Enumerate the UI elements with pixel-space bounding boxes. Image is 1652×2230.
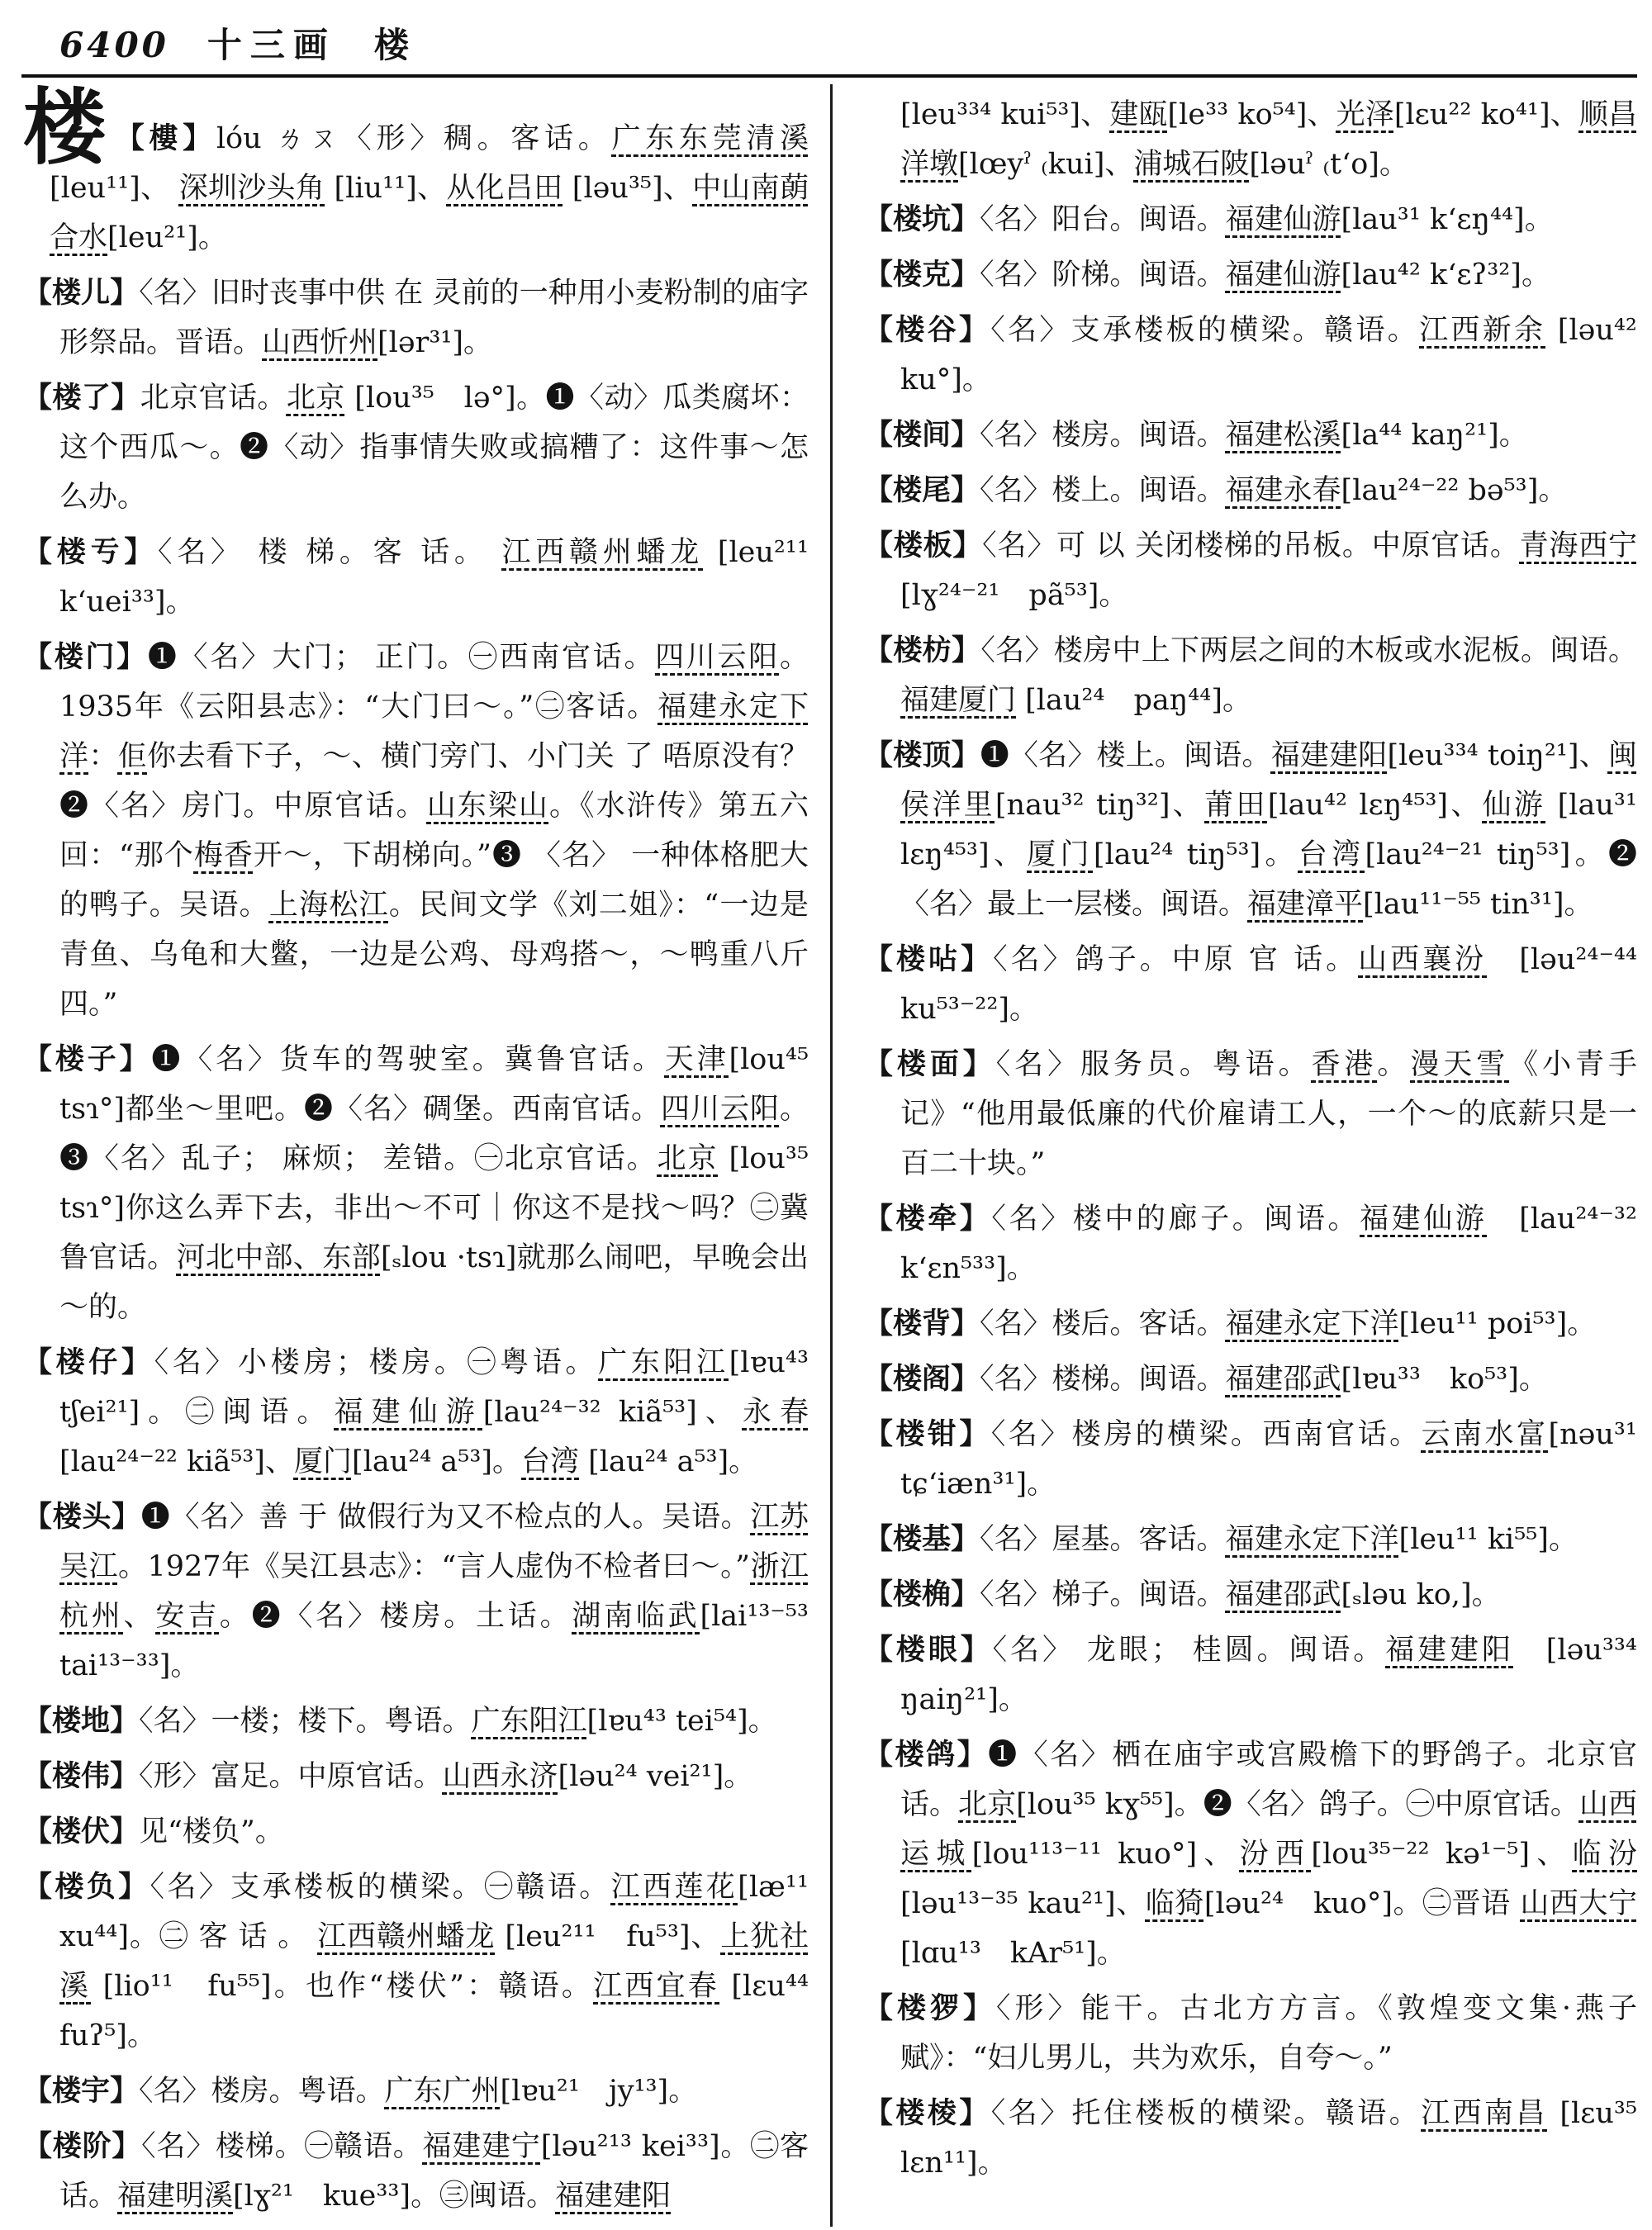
place-name: 厦门	[1027, 838, 1094, 871]
dictionary-entry: 【楼了】北京官话。北京 [lou³⁵ lə°]。❶〈动〉瓜类腐坏：这个西瓜～。❷…	[23, 373, 809, 522]
place-name: 山东梁山	[427, 790, 549, 823]
entry-headword: 【楼阶】	[23, 2129, 141, 2163]
place-name: 广东广州	[385, 2075, 501, 2108]
entry-headword: 【楼尾】	[864, 473, 980, 507]
dictionary-entry: 【楼宇】〈名〉楼房。粤语。广东广州[lɐu²¹ jy¹³]。	[23, 2066, 809, 2116]
place-name: 中山南蓢合水	[50, 172, 809, 254]
place-name: 四川云阳	[661, 1093, 780, 1126]
place-name: 福建明溪	[117, 2180, 233, 2213]
dictionary-entry: 【楼负】〈名〉支承楼板的横梁。㊀赣语。江西莲花[læ¹¹ xu⁴⁴]。㊁ 客 话…	[23, 1862, 809, 2061]
place-name: 上海松江	[269, 889, 389, 922]
place-name: 广东阳江	[472, 1705, 587, 1738]
place-name: 北京	[958, 1788, 1016, 1821]
dictionary-entry: 【楼仔】〈名〉小楼房；楼房。㊀粤语。广东阳江[lɐu⁴³ tʃei²¹]。㊁闽语…	[23, 1338, 809, 1487]
dictionary-entry: 【楼克】〈名〉阶梯。闽语。福建仙游[lau⁴² k‘ɛʔ³²]。	[864, 250, 1637, 300]
dictionary-entry: 【楼背】〈名〉楼后。客话。福建永定下洋[leu¹¹ poi⁵³]。	[864, 1299, 1637, 1349]
place-name: 北京	[657, 1142, 719, 1175]
entry-headword: 【楼子】	[23, 1042, 151, 1076]
page-header: 6400 十三画 楼	[0, 0, 1652, 71]
place-name: 江西新余	[1419, 314, 1545, 347]
place-name: 山西永济	[443, 1760, 558, 1793]
dictionary-entry: 【楼儿】〈名〉旧时丧事中供 在 灵前的一种用小麦粉制的庙字形祭品。晋语。山西忻州…	[23, 268, 809, 368]
dictionary-entry: 【楼间】〈名〉楼房。闽语。福建松溪[la⁴⁴ kaŋ²¹]。	[864, 410, 1637, 460]
place-name: 永春	[743, 1396, 809, 1429]
entry-headword: 【楼基】	[864, 1522, 980, 1556]
place-name: 佢	[118, 740, 147, 773]
place-name: 从化吕田	[446, 172, 563, 205]
entry-headword: 【楼阁】	[864, 1362, 980, 1396]
place-name: 福建仙游	[1226, 203, 1341, 236]
place-name: 江西宜春	[593, 1970, 719, 2003]
entry-continuation: [leu³³⁴ kui⁵³]、建瓯[le³³ ko⁵⁴]、光泽[lɛu²² ko…	[864, 90, 1637, 189]
dictionary-entry: 【楼尾】〈名〉楼上。闽语。福建永春[lau²⁴⁻²² bə⁵³]。	[864, 466, 1637, 515]
place-name: 福建仙游	[335, 1396, 483, 1429]
entry-headword: 【楼了】	[23, 381, 140, 415]
entry-headword: 【楼面】	[864, 1047, 996, 1081]
dictionary-entry: 【楼地】〈名〉一楼；楼下。粤语。广东阳江[lɐu⁴³ tei⁵⁴]。	[23, 1696, 809, 1746]
dictionary-entry: 【楼子】❶〈名〉货车的驾驶室。冀鲁官话。天津[lou⁴⁵ tsɿ°]都坐～里吧。…	[23, 1035, 809, 1332]
place-name: 台湾	[1298, 838, 1365, 871]
dictionary-entry: 【楼桷】〈名〉梯子。闽语。福建邵武[ₛləu ko,]。	[864, 1570, 1637, 1620]
dictionary-entry: 【楼门】❶〈名〉大门； 正门。㊀西南官话。四川云阳。1935年《云阳县志》：“大…	[23, 633, 809, 1029]
place-name: 江西南昌	[1421, 2097, 1548, 2130]
place-name: 山西襄汾	[1358, 943, 1487, 976]
place-name: 浦城石陂	[1133, 148, 1249, 181]
entry-headword: 【楼门】	[23, 640, 148, 674]
place-name: 仙游	[1483, 789, 1546, 822]
entry-headword: 【楼顶】	[864, 738, 980, 772]
entry-headword: 【楼伏】	[23, 1815, 139, 1848]
entry-headword: 【楼板】	[864, 529, 982, 562]
entry-headword: 【楼猡】	[864, 1991, 996, 2025]
place-name: 青海西宁	[1520, 529, 1637, 562]
entry-headword: 【楼背】	[864, 1307, 980, 1340]
place-name: 福建永春	[1226, 474, 1341, 507]
entry-headword: 【楼克】	[864, 258, 980, 292]
place-name: 福建建阳	[1271, 739, 1388, 772]
entry-headword: 【楼棱】	[864, 2096, 991, 2130]
right-column: [leu³³⁴ kui⁵³]、建瓯[le³³ ko⁵⁴]、光泽[lɛu²² ko…	[830, 84, 1637, 2227]
place-name: 福建厦门	[900, 684, 1016, 717]
entry-headword: 【楼地】	[23, 1704, 139, 1738]
entry-headword: 【楼桷】	[864, 1578, 980, 1611]
entry-headword: 【楼负】	[23, 1870, 150, 1904]
entry-headword: 【楼儿】	[23, 276, 139, 310]
entry-headword: 【楼钳】	[864, 1417, 991, 1451]
place-name: 厦门	[294, 1445, 352, 1478]
dictionary-entry: 【楼基】〈名〉屋基。客话。福建永定下洋[leu¹¹ ki⁵⁵]。	[864, 1515, 1637, 1564]
dictionary-entry: 【楼枋】〈名〉楼房中上下两层之间的木板或水泥板。闽语。福建厦门 [lau²⁴ p…	[864, 626, 1637, 725]
place-name: 江苏吴江	[59, 1501, 809, 1583]
dictionary-entry: 【楼头】❶〈名〉善 于 做假行为又不检点的人。吴语。江苏吴江。1927年《吴江县…	[23, 1492, 809, 1691]
place-name: 福建建阳	[1385, 1634, 1514, 1667]
entry-headword: 【楼宇】	[23, 2074, 139, 2108]
dictionary-entry: 【楼棱】〈名〉托住楼板的横梁。赣语。江西南昌 [lɛu³⁵ lɛn¹¹]。	[864, 2089, 1637, 2188]
place-name: 香港	[1312, 1048, 1378, 1081]
entry-headword: 【楼坑】	[864, 202, 980, 236]
dictionary-entry: 【楼呫】〈名〉鸽子。中原 官 话。山西襄汾 [ləu²⁴⁻⁴⁴ ku⁵³⁻²²]…	[864, 935, 1637, 1034]
dictionary-entry: 【楼阶】〈名〉楼梯。㊀赣语。福建建宁[ləu²¹³ kei³³]。㊁客话。福建明…	[23, 2122, 809, 2221]
stroke-section-label: 十三画	[207, 18, 336, 68]
place-name: 江西莲花	[611, 1871, 738, 1904]
place-name: 光泽	[1336, 98, 1394, 131]
traditional-form: 【樓】	[116, 121, 216, 155]
place-name: 江西赣州蟠龙	[317, 1920, 495, 1953]
place-name: 四川云阳	[655, 641, 780, 674]
text-columns: 楼【樓】lóu ㄌㄡ〈形〉稠。客话。广东东莞清溪[leu¹¹]、 深圳沙头角 […	[0, 78, 1652, 2227]
place-name: 福建漳平	[1247, 888, 1363, 921]
place-name: 广东阳江	[598, 1346, 729, 1379]
dictionary-entry: 【楼眼】〈名〉 龙眼； 桂圆。闽语。福建建阳 [ləu³³⁴ ŋaiŋ²¹]。	[864, 1625, 1637, 1725]
dictionary-entry: 【楼钳】〈名〉楼房的横梁。西南官话。云南水富[nəu³¹ tɕ‘iæn³¹]。	[864, 1410, 1637, 1509]
place-name: 福建建宁	[423, 2130, 541, 2163]
dictionary-entry: 【楼猡】〈形〉能干。古北方方言。《敦煌变文集·燕子赋》：“妇儿男儿，共为欢乐，自…	[864, 1984, 1637, 2083]
place-name: 河北中部、东部	[176, 1241, 381, 1274]
page-number: 6400	[59, 25, 169, 65]
place-name: 福建邵武	[1226, 1578, 1341, 1611]
place-name: 安吉	[155, 1600, 220, 1633]
place-name: 顺昌洋墩	[900, 98, 1637, 181]
place-name: 广东东莞清溪	[611, 122, 809, 155]
place-name: 梅香	[194, 839, 254, 872]
place-name: 深圳沙头角	[179, 172, 325, 205]
entry-headword: 【楼枋】	[864, 633, 980, 667]
entry-headword: 【楼间】	[864, 418, 980, 452]
section-character: 楼	[374, 18, 409, 68]
entry-headword: 【楼鸽】	[864, 1738, 988, 1772]
dictionary-entry: 【楼伟】〈形〉富足。中原官话。山西永济[ləu²⁴ vei²¹]。	[23, 1752, 809, 1801]
main-entry: 楼【樓】lóu ㄌㄡ〈形〉稠。客话。广东东莞清溪[leu¹¹]、 深圳沙头角 […	[23, 114, 809, 263]
place-name: 漫天雪	[1410, 1048, 1509, 1081]
place-name: 福建永定下洋	[1226, 1307, 1399, 1340]
place-name: 福建永定下洋	[59, 690, 809, 773]
place-name: 福建仙游	[1360, 1203, 1487, 1236]
place-name: 福建仙游	[1226, 259, 1341, 292]
place-name: 云南水富	[1422, 1418, 1549, 1451]
dictionary-page: 6400 十三画 楼 楼【樓】lóu ㄌㄡ〈形〉稠。客话。广东东莞清溪[leu¹…	[0, 0, 1652, 2230]
dictionary-entry: 【楼牵】〈名〉楼中的廊子。闽语。福建仙游 [lau²⁴⁻³² k‘ɛn⁵³³]。	[864, 1194, 1637, 1293]
entry-headword: 【楼谷】	[864, 313, 990, 347]
place-name: 莆田	[1204, 789, 1268, 822]
entry-headword: 【楼呫】	[864, 942, 993, 976]
place-name: 建瓯	[1109, 98, 1167, 131]
entry-headword: 【楼头】	[23, 1500, 141, 1534]
dictionary-entry: 【楼坑】〈名〉阳台。闽语。福建仙游[lau³¹ k‘ɛŋ⁴⁴]。	[864, 195, 1637, 244]
place-name: 湖南临武	[572, 1600, 700, 1633]
place-name: 福建松溪	[1226, 419, 1341, 452]
entry-headword: 【楼眼】	[864, 1633, 993, 1667]
entry-headword: 【楼亐】	[23, 535, 158, 569]
dictionary-entry: 【楼阁】〈名〉楼梯。闽语。福建邵武[lɐu³³ ko⁵³]。	[864, 1355, 1637, 1404]
dictionary-entry: 【楼伏】见“楼负”。	[23, 1807, 809, 1857]
place-name: 福建邵武	[1226, 1363, 1341, 1396]
place-name: 台湾	[521, 1445, 579, 1478]
dictionary-entry: 【楼板】〈名〉可 以 关闭楼梯的吊板。中原官话。青海西宁 [lɣ²⁴⁻²¹ pã…	[864, 521, 1637, 620]
place-name: 汾西	[1240, 1838, 1312, 1871]
place-name: 临汾	[1573, 1838, 1637, 1871]
dictionary-entry: 【楼亐】〈名〉 楼 梯。客 话。 江西赣州蟠龙 [leu²¹¹ k‘uei³³]…	[23, 528, 809, 627]
dictionary-entry: 【楼面】〈名〉服务员。粤语。香港。漫天雪《小青手记》“他用最低廉的代价雇请工人，…	[864, 1040, 1637, 1189]
main-entry-character: 楼	[23, 78, 111, 176]
dictionary-entry: 【楼顶】❶〈名〉楼上。闽语。福建建阳[leu³³⁴ toiŋ²¹]、闽侯洋里[n…	[864, 731, 1637, 929]
place-name: 北京	[287, 382, 345, 415]
entry-headword: 【楼牵】	[864, 1202, 991, 1236]
place-name: 福建永定下洋	[1226, 1523, 1399, 1556]
entry-headword: 【楼仔】	[23, 1345, 154, 1379]
dictionary-entry: 【楼谷】〈名〉支承楼板的横梁。赣语。江西新余 [ləu⁴² ku°]。	[864, 306, 1637, 405]
dictionary-entry: 【楼鸽】❶〈名〉栖在庙宇或宫殿檐下的野鸽子。北京官话。北京[lou³⁵ kɣ⁵⁵…	[864, 1730, 1637, 1978]
place-name: 山西忻州	[262, 326, 377, 359]
entry-headword: 【楼伟】	[23, 1759, 139, 1793]
place-name: 福建建阳	[555, 2180, 671, 2213]
left-column: 楼【樓】lóu ㄌㄡ〈形〉稠。客话。广东东莞清溪[leu¹¹]、 深圳沙头角 […	[23, 84, 830, 2227]
place-name: 天津	[665, 1043, 729, 1076]
place-name: 山西大宁	[1520, 1887, 1637, 1920]
place-name: 江西赣州蟠龙	[502, 536, 704, 569]
place-name: 临猗	[1146, 1887, 1204, 1920]
